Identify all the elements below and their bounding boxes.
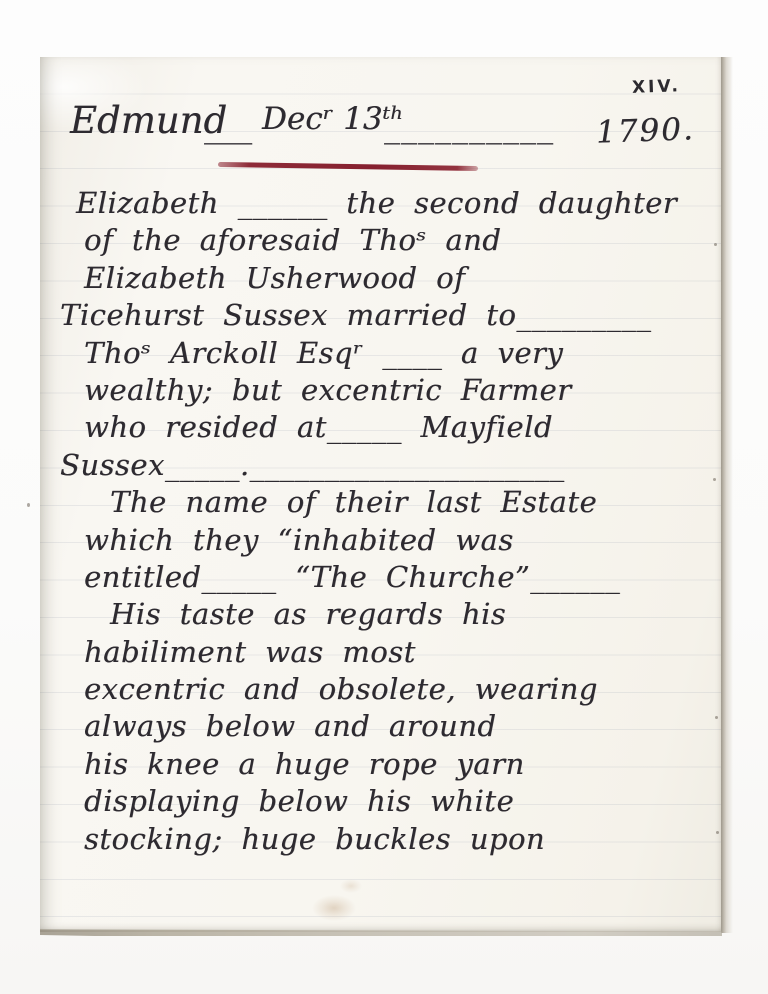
manuscript-line: The name of their last Estate <box>58 484 714 521</box>
scanned-manuscript-page: XIV. Edmund ___ Decʳ 13ᵗʰ __________ 179… <box>0 0 768 994</box>
manuscript-line: Thoˢ Arckoll Esqʳ ____ a very <box>58 335 714 372</box>
manuscript-line: excentric and obsolete, wearing <box>58 671 714 708</box>
manuscript-line: entitled_____ “The Churche”______ <box>58 559 714 596</box>
manuscript-line: displaying below his white <box>58 783 714 820</box>
paper-stain <box>312 895 356 921</box>
manuscript-line: Elizabeth Usherwood of <box>58 260 714 297</box>
manuscript-line: his knee a huge rope yarn <box>58 746 714 783</box>
ink-speck <box>713 478 716 481</box>
folio-number: XIV. <box>632 76 682 98</box>
red-underline <box>218 162 478 171</box>
manuscript-line: of the aforesaid Thoˢ and <box>58 222 714 259</box>
manuscript-line: habiliment was most <box>58 634 714 671</box>
manuscript-line: Ticehurst Sussex married to_________ <box>58 297 714 334</box>
paper-sheet: XIV. Edmund ___ Decʳ 13ᵗʰ __________ 179… <box>40 57 721 932</box>
manuscript-body: Elizabeth ______ the second daughter of … <box>58 185 714 858</box>
ink-speck <box>716 831 719 834</box>
ink-speck <box>27 503 30 507</box>
manuscript-line: Sussex_____._____________________ <box>58 447 714 484</box>
manuscript-line: stocking; huge buckles upon <box>58 821 714 858</box>
book-page-edges <box>721 57 733 933</box>
manuscript-line: who resided at_____ Mayfield <box>58 409 714 446</box>
manuscript-line: which they “inhabited was <box>58 522 714 559</box>
ink-speck <box>715 716 718 719</box>
heading-year: 1790. <box>595 111 695 150</box>
manuscript-line: always below and around <box>58 708 714 745</box>
manuscript-line: wealthy; but excentric Farmer <box>58 372 714 409</box>
paper-stain <box>340 879 362 893</box>
heading-date: Decʳ 13ᵗʰ <box>262 101 404 137</box>
heading-dash: ___ <box>204 107 252 145</box>
ink-speck <box>714 243 717 246</box>
manuscript-line: Elizabeth ______ the second daughter <box>58 185 714 222</box>
manuscript-line: His taste as regards his <box>58 596 714 633</box>
heading-dash: __________ <box>384 107 554 145</box>
